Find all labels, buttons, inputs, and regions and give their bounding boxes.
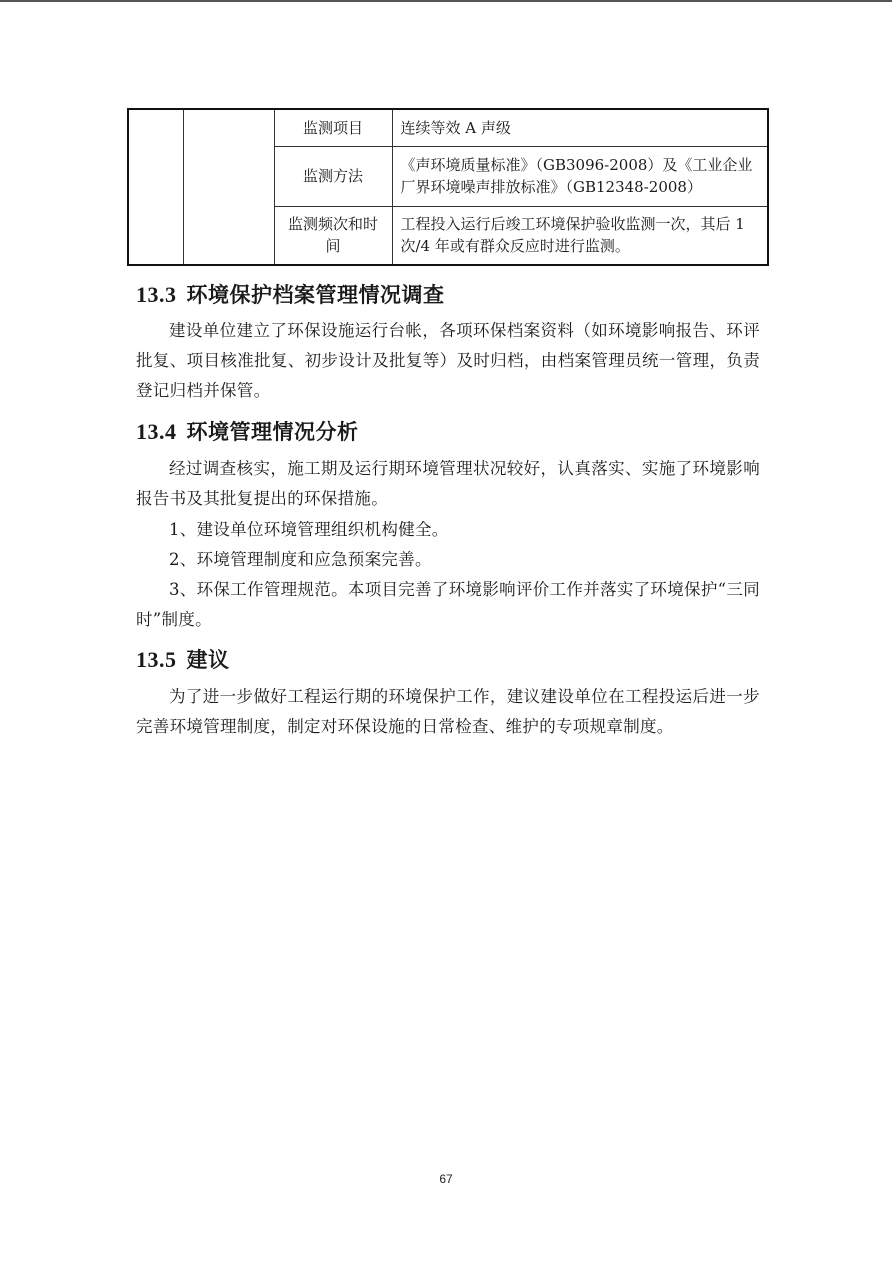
list-item: 1、建设单位环境管理组织机构健全。 [136, 515, 760, 545]
page-number: 67 [0, 1172, 892, 1186]
section-number: 13.5 [136, 647, 177, 672]
list-item: 3、环保工作管理规范。本项目完善了环境影响评价工作并落实了环境保护“三同时”制度… [136, 575, 760, 635]
section-title: 建议 [187, 647, 230, 672]
section-title: 环境保护档案管理情况调查 [187, 282, 445, 307]
section-heading-13-5: 13.5建议 [136, 644, 230, 674]
section-heading-13-3: 13.3环境保护档案管理情况调查 [136, 279, 445, 309]
page-top-rule [0, 0, 892, 2]
table-row: 监测项目 连续等效 A 声级 [128, 109, 768, 146]
list-item: 2、环境管理制度和应急预案完善。 [136, 545, 760, 575]
row-label: 监测频次和时间 [274, 206, 392, 265]
section-number: 13.3 [136, 282, 177, 307]
paragraph: 建设单位建立了环保设施运行台帐，各项环保档案资料（如环境影响报告、环评批复、项目… [136, 316, 760, 406]
section-number: 13.4 [136, 419, 177, 444]
row-value: 工程投入运行后竣工环境保护验收监测一次，其后 1 次/4 年或有群众反应时进行监… [392, 206, 768, 265]
merged-cell-empty-1 [128, 109, 183, 265]
paragraph: 经过调查核实，施工期及运行期环境管理状况较好，认真落实、实施了环境影响报告书及其… [136, 454, 760, 514]
row-label: 监测项目 [274, 109, 392, 146]
paragraph: 为了进一步做好工程运行期的环境保护工作，建议建设单位在工程投运后进一步完善环境管… [136, 682, 760, 742]
monitoring-table-continuation: 监测项目 连续等效 A 声级 监测方法 《声环境质量标准》（GB3096-200… [127, 108, 767, 266]
section-title: 环境管理情况分析 [187, 419, 359, 444]
section-heading-13-4: 13.4环境管理情况分析 [136, 416, 359, 446]
merged-cell-empty-2 [183, 109, 274, 265]
monitoring-table: 监测项目 连续等效 A 声级 监测方法 《声环境质量标准》（GB3096-200… [127, 108, 769, 266]
row-label: 监测方法 [274, 146, 392, 206]
row-value: 《声环境质量标准》（GB3096-2008）及《工业企业厂界环境噪声排放标准》（… [392, 146, 768, 206]
row-value: 连续等效 A 声级 [392, 109, 768, 146]
